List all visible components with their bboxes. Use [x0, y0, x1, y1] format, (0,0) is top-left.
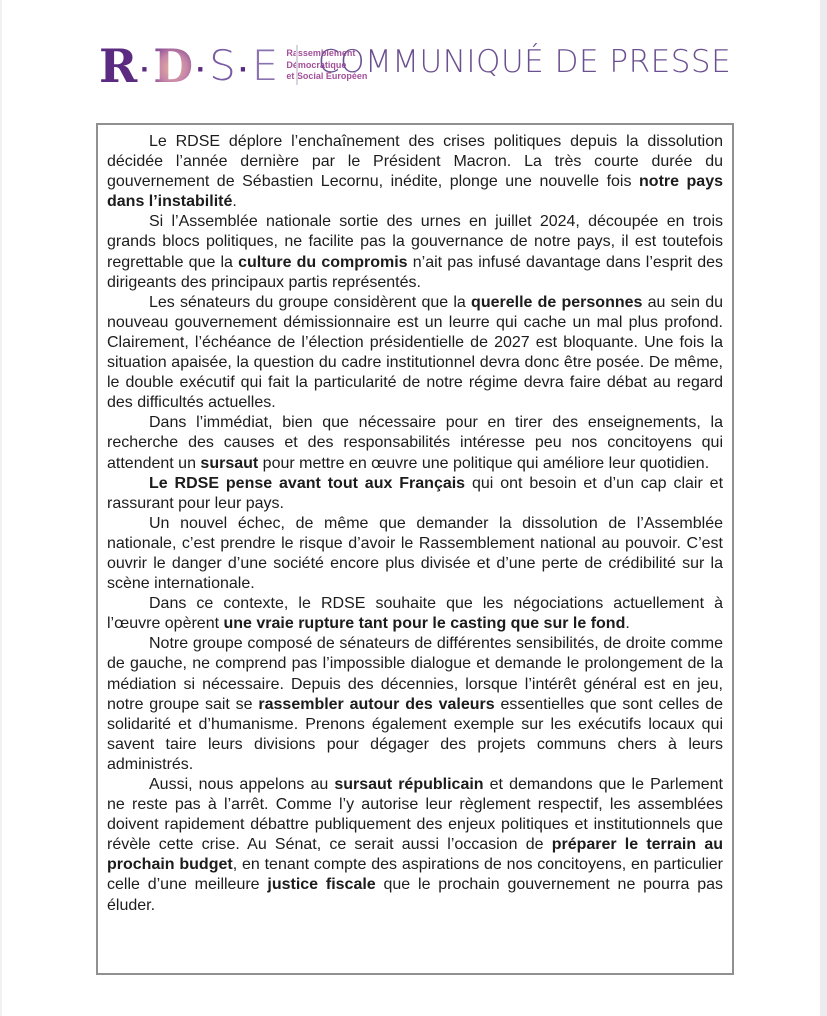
header: R · D · S · E Rassemblement Démocratique… [0, 0, 827, 110]
press-release-title: COMMUNIQUÉ DE PRESSE [318, 44, 738, 80]
paragraph: Dans l’immédiat, bien que nécessaire pou… [107, 413, 723, 473]
paragraph: Si l’Assemblée nationale sortie des urne… [107, 212, 723, 292]
paragraph-segment: au sein du nouveau gouvernement démissio… [107, 294, 723, 411]
paragraph-segment: pour mettre en œuvre une politique qui a… [258, 455, 709, 472]
logo-letter-r: R [99, 43, 137, 89]
logo-dot: · [239, 55, 249, 85]
page: { "colors": { "logo_purple": "#5b2b82", … [0, 0, 827, 1016]
paragraph: Notre groupe composé de sénateurs de dif… [107, 634, 723, 775]
rdse-logo-letters: R · D · S · E [99, 38, 278, 94]
paragraph-bold-segment: sursaut républicain [334, 776, 483, 793]
paragraph: Aussi, nous appelons au sursaut républic… [107, 775, 723, 916]
photo-left-edge [0, 0, 2, 1016]
logo-letter-d: D [153, 43, 193, 89]
paragraph-bold-segment: rassembler autour des valeurs [258, 696, 494, 713]
paragraph-segment: Aussi, nous appelons au [149, 776, 334, 793]
press-release-body: Le RDSE déplore l’enchaînement des crise… [96, 123, 734, 975]
paragraph: Le RDSE pense avant tout aux Français qu… [107, 474, 723, 514]
paragraph-bold-segment: Le RDSE pense avant tout aux Français [149, 475, 465, 492]
paragraph-segment: . [625, 615, 629, 632]
paragraph-segment: Un nouvel échec, de même que demander la… [107, 515, 723, 592]
paragraph-bold-segment: une vraie rupture tant pour le casting q… [224, 615, 626, 632]
paragraph-bold-segment: sursaut [200, 455, 258, 472]
logo-dot: · [196, 55, 206, 85]
paragraph-segment: . [232, 193, 236, 210]
paragraph-segment: Les sénateurs du groupe considèrent que … [149, 294, 471, 311]
photo-right-edge [820, 0, 827, 1016]
paragraph-bold-segment: querelle de personnes [471, 294, 642, 311]
header-divider [296, 45, 298, 85]
paragraph: Le RDSE déplore l’enchaînement des crise… [107, 132, 723, 212]
logo-letter-e: E [252, 45, 279, 87]
paragraph: Un nouvel échec, de même que demander la… [107, 514, 723, 594]
paragraph: Dans ce contexte, le RDSE souhaite que l… [107, 594, 723, 634]
paragraph-segment: Le RDSE déplore l’enchaînement des crise… [107, 133, 723, 190]
paragraph-bold-segment: culture du compromis [238, 254, 407, 271]
paragraph-bold-segment: justice fiscale [267, 876, 375, 893]
logo-dot: · [140, 55, 150, 85]
paragraph: Les sénateurs du groupe considèrent que … [107, 293, 723, 414]
logo-letter-s: S [209, 45, 236, 87]
